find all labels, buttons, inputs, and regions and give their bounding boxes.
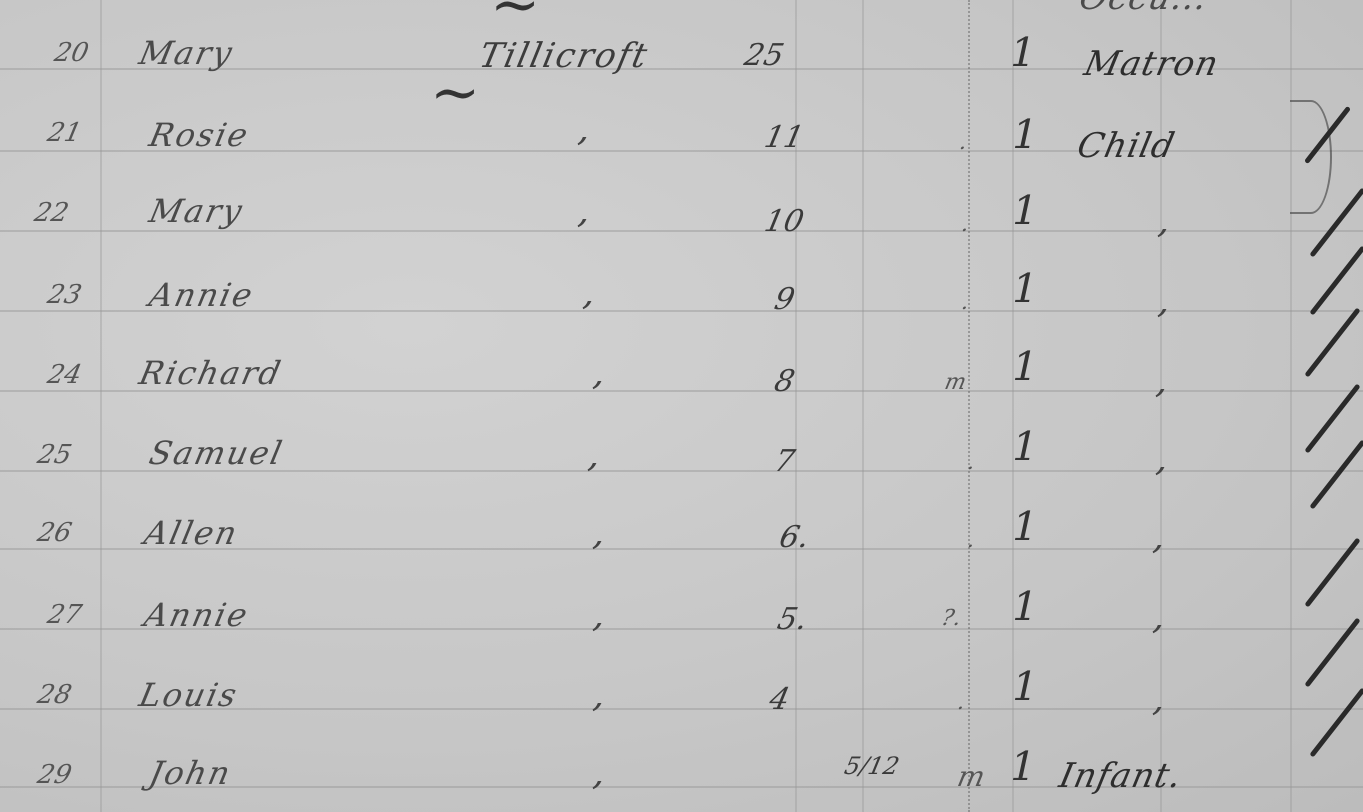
given-name: Rosie — [146, 116, 253, 154]
line-number: 24 — [45, 360, 84, 390]
ditto-mark: , — [592, 362, 607, 392]
ditto-mark: , — [1152, 606, 1167, 636]
surname: Tillicroft — [476, 36, 653, 76]
ditto-mark: , — [582, 282, 597, 312]
column-rule-dotted — [968, 0, 970, 812]
line-number: 26 — [35, 518, 74, 548]
slash-mark — [1309, 687, 1363, 757]
flourish-mark: ~ — [490, 0, 540, 40]
tally-mark: 1 — [1005, 744, 1040, 790]
ditto-mark: , — [1155, 370, 1170, 400]
ditto-mark: , — [1152, 688, 1167, 718]
line-number: 28 — [35, 680, 74, 710]
ditto-mark: , — [577, 118, 592, 148]
census-page: Occu... ~ ~ 20 Mary Tillicroft 25 1 Matr… — [0, 0, 1363, 812]
ditto-mark: , — [1152, 526, 1167, 556]
given-name: Richard — [136, 354, 286, 392]
line-number: 20 — [52, 38, 91, 68]
age: 10 — [761, 204, 807, 239]
slash-mark — [1309, 245, 1363, 315]
age: 11 — [761, 120, 807, 155]
slash-mark — [1304, 307, 1360, 377]
given-name: Allen — [141, 514, 242, 552]
sex: . — [955, 690, 967, 715]
line-number: 22 — [32, 198, 71, 228]
age: 5. — [774, 602, 810, 637]
given-name: Mary — [146, 192, 247, 230]
relation: Child — [1074, 126, 1179, 166]
line-number: 23 — [45, 280, 84, 310]
slash-mark — [1304, 383, 1360, 453]
sex: m — [954, 760, 988, 793]
given-name: Mary — [136, 34, 237, 72]
line-number: 21 — [45, 118, 84, 148]
given-name: Samuel — [146, 434, 287, 472]
column-rule — [862, 0, 864, 812]
slash-mark — [1309, 439, 1363, 509]
given-name: Annie — [141, 596, 253, 634]
ditto-mark: , — [1155, 448, 1170, 478]
column-header-fragment: Occu... — [1076, 0, 1212, 18]
given-name: John — [146, 754, 235, 792]
age: 7 — [771, 444, 798, 479]
column-rule — [100, 0, 102, 812]
line-number: 29 — [35, 760, 74, 790]
given-name: Annie — [146, 276, 258, 314]
line-number: 25 — [35, 440, 74, 470]
age: 4 — [766, 682, 793, 717]
flourish-mark: ~ — [430, 58, 480, 128]
line-number: 27 — [45, 600, 84, 630]
ditto-mark: , — [577, 200, 592, 230]
age: 25 — [741, 38, 787, 73]
age: 5/12 — [842, 752, 902, 780]
relation: Infant. — [1056, 756, 1186, 796]
age: 8 — [771, 364, 798, 399]
given-name: Louis — [136, 676, 242, 714]
relation: Matron — [1081, 44, 1223, 84]
